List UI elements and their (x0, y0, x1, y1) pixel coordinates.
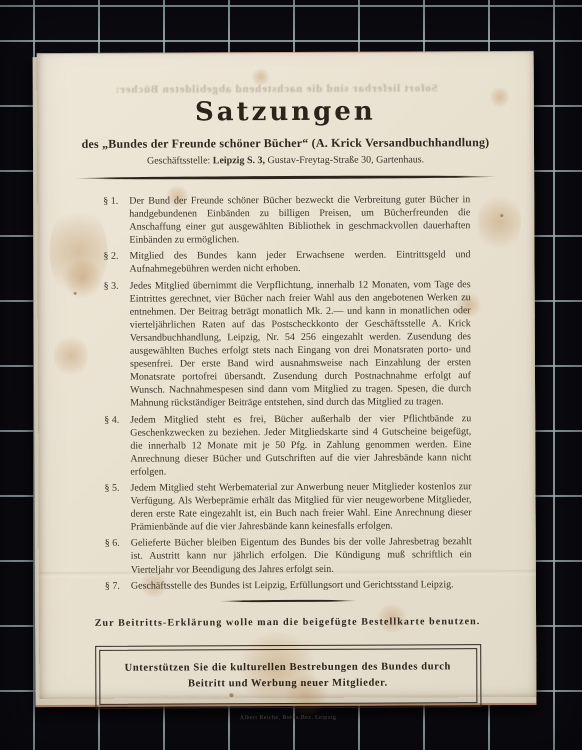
appeal-box-inner: Unterstützen Sie die kulturellen Bestreb… (99, 648, 477, 705)
printer-imprint: Albert Reiche, Borna Bez. Leipzig (39, 714, 536, 722)
section-label: § 1. (103, 195, 126, 247)
page-content: Satzungen des „Bundes der Freunde schöne… (37, 52, 537, 722)
statute-sections: § 1. Der Bund der Freunde schöner Bücher… (103, 193, 472, 592)
appeal-line-2: Beitritt und Werbung neuer Mitglieder. (114, 675, 462, 693)
office-city: Leipzig S. 3, (213, 155, 265, 166)
section-end-rule (218, 599, 356, 602)
section-row: § 1. Der Bund der Freunde schöner Bücher… (103, 193, 470, 247)
membership-note-line: Zur Beitritts-Erklärung wolle man die be… (39, 616, 536, 629)
office-prefix: Geschäftsstelle: (147, 155, 213, 166)
office-street: Gustav-Freytag-Straße 30, Gartenhaus. (265, 154, 424, 166)
document-title: Satzungen (37, 96, 534, 128)
section-row: § 4. Jedem Mitglied steht es frei, Büche… (104, 412, 471, 479)
section-row: § 5. Jedem Mitglied steht Werbematerial … (104, 480, 471, 534)
section-label: § 3. (104, 279, 128, 410)
section-label: § 2. (103, 250, 126, 276)
section-row: § 3. Jedes Mitglied übernimmt die Verpfl… (104, 278, 472, 411)
section-label: § 5. (104, 482, 127, 534)
section-text: Gelieferte Bücher bleiben Eigentum des B… (128, 536, 472, 577)
section-text: Geschäftsstelle des Bundes ist Leipzig, … (128, 578, 472, 593)
appeal-line-1: Unterstützen Sie die kulturellen Bestreb… (114, 659, 462, 677)
section-label: § 6. (105, 537, 128, 576)
section-row: § 7. Geschäftsstelle des Bundes ist Leip… (105, 578, 472, 593)
appeal-box: Unterstützen Sie die kulturellen Bestreb… (95, 644, 481, 709)
header-divider-rule (74, 175, 498, 180)
document-subtitle: des „Bundes der Freunde schöner Bücher“ … (37, 135, 534, 152)
section-row: § 6. Gelieferte Bücher bleiben Eigentum … (105, 536, 472, 577)
section-row: § 2. Mitglied des Bundes kann jeder Erwa… (103, 249, 470, 277)
section-text: Der Bund der Freunde schöner Bücher bezw… (126, 193, 470, 247)
section-text: Mitglied des Bundes kann jeder Erwachsen… (126, 249, 470, 277)
section-label: § 7. (105, 579, 128, 592)
section-text: Jedem Mitglied steht Werbematerial zur A… (127, 480, 471, 534)
section-label: § 4. (104, 413, 127, 479)
cutting-mat-background: Sofort lieferbar sind die nachstehend ab… (0, 0, 582, 750)
section-text: Jedem Mitglied steht es frei, Bücher auß… (127, 412, 471, 479)
office-address-line: Geschäftsstelle: Leipzig S. 3, Gustav-Fr… (37, 154, 534, 167)
section-text: Jedes Mitglied übernimmt die Verpflichtu… (127, 278, 472, 410)
document-page: Sofort lieferbar sind die nachstehend ab… (37, 51, 537, 699)
